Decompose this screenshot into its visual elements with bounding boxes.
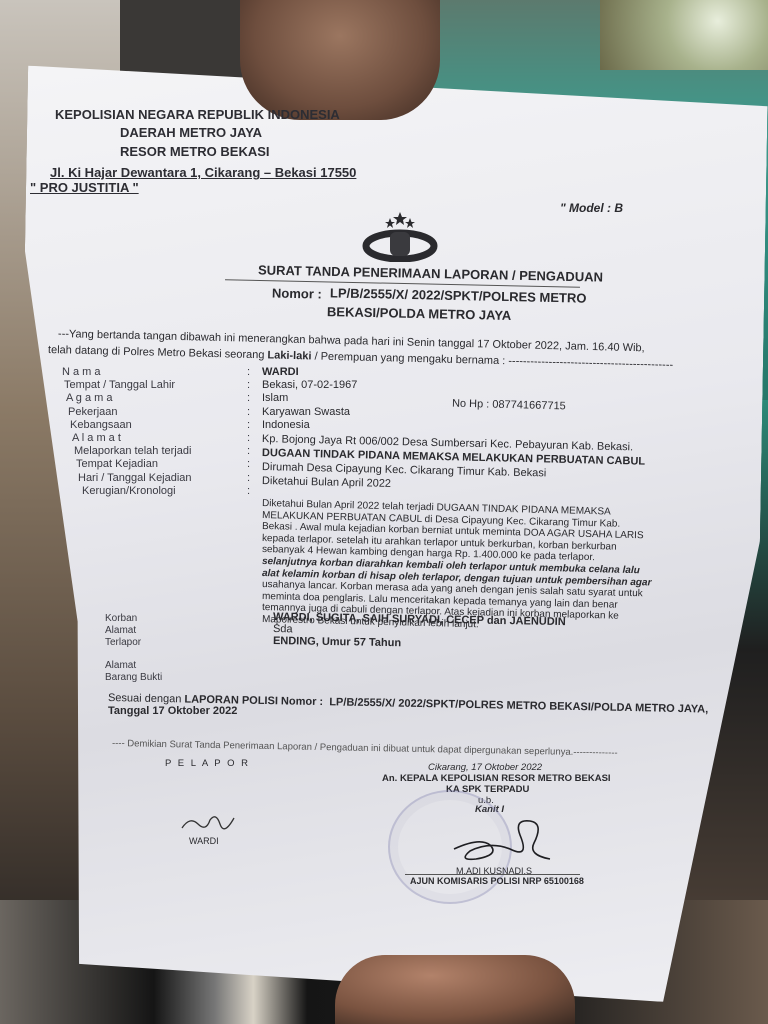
field2-label: Korban [105,613,137,624]
field-colon: : [247,472,250,484]
field-value: Islam [262,392,288,404]
according-prefix: Sesuai dengan [108,692,185,705]
field2-label: Alamat [105,660,136,671]
reporter-label: P E L A P O R [165,758,250,769]
intro-line2-a: telah datang di Polres Metro Bekasi seor… [48,344,268,361]
hand-bottom [335,955,575,1024]
field-label: Melaporkan telah terjadi [74,445,191,457]
field-value: WARDI [262,366,299,378]
field2-label: Terlapor [105,637,141,648]
field-colon: : [247,392,250,404]
field2-value: ENDING, Umur 57 Tahun [273,635,401,649]
official-rank: AJUN KOMISARIS POLISI NRP 65100168 [410,876,584,886]
model-label: " Model : B [560,201,623,215]
field-value: Bekasi, 07-02-1967 [262,379,357,391]
field-label: Tempat / Tanggal Lahir [64,379,175,391]
field2-label: Barang Bukti [105,672,162,683]
field-colon: : [247,419,250,431]
field-label: Hari / Tanggal Kejadian [78,472,192,484]
field-colon: : [247,458,250,470]
field-colon: : [247,366,250,378]
field-label: A l a m a t [72,432,121,444]
number-line2: BEKASI/POLDA METRO JAYA [327,304,511,323]
field-colon: : [247,432,250,444]
number-label: Nomor : [272,285,322,301]
number-line1: LP/B/2555/X/ 2022/SPKT/POLRES METRO [330,285,587,305]
letterhead-line3: RESOR METRO BEKASI [120,144,270,159]
field-label: Tempat Kejadian [76,458,158,470]
letterhead-line2: DAERAH METRO JAYA [120,125,262,140]
field-colon: : [247,406,250,418]
intro-gender: Laki-laki [267,349,311,362]
phone-number: No Hp : 087741667715 [452,398,566,413]
field-value: Karyawan Swasta [262,406,350,418]
reporter-name: WARDI [189,836,219,846]
letterhead-address: Jl. Ki Hajar Dewantara 1, Cikarang – Bek… [50,165,356,180]
pro-justitia: " PRO JUSTITIA " [30,180,139,195]
letterhead-line1: KEPOLISIAN NEGARA REPUBLIK INDONESIA [55,107,340,122]
place-date: Cikarang, 17 Oktober 2022 [428,762,542,773]
field-colon: : [247,485,250,497]
closing-statement: ---- Demikian Surat Tanda Penerimaan Lap… [112,738,618,759]
field-colon: : [247,379,250,391]
according-date: Tanggal 17 Oktober 2022 [108,705,237,717]
document: KEPOLISIAN NEGARA REPUBLIK INDONESIA DAE… [0,0,768,1024]
field-label: Kebangsaan [70,419,132,431]
field-label: A g a m a [66,392,112,404]
field2-label: Alamat [105,625,136,636]
official-signature-icon [450,815,560,865]
official-name-underline [405,874,580,875]
police-emblem-icon [362,212,438,262]
field-colon: : [247,445,250,457]
field-label: Kerugian/Kronologi [82,485,176,497]
field-value: Diketahui Bulan April 2022 [262,475,391,490]
official-title1: An. KEPALA KEPOLISIAN RESOR METRO BEKASI [382,773,611,784]
field-label: Pekerjaan [68,406,118,418]
according-number: LP/B/2555/X/ 2022/SPKT/POLRES METRO BEKA… [329,696,708,715]
field-label: N a m a [62,366,101,378]
field-value: Indonesia [262,419,310,431]
field2-value: Sda [273,623,293,635]
reporter-signature-icon [180,810,240,836]
